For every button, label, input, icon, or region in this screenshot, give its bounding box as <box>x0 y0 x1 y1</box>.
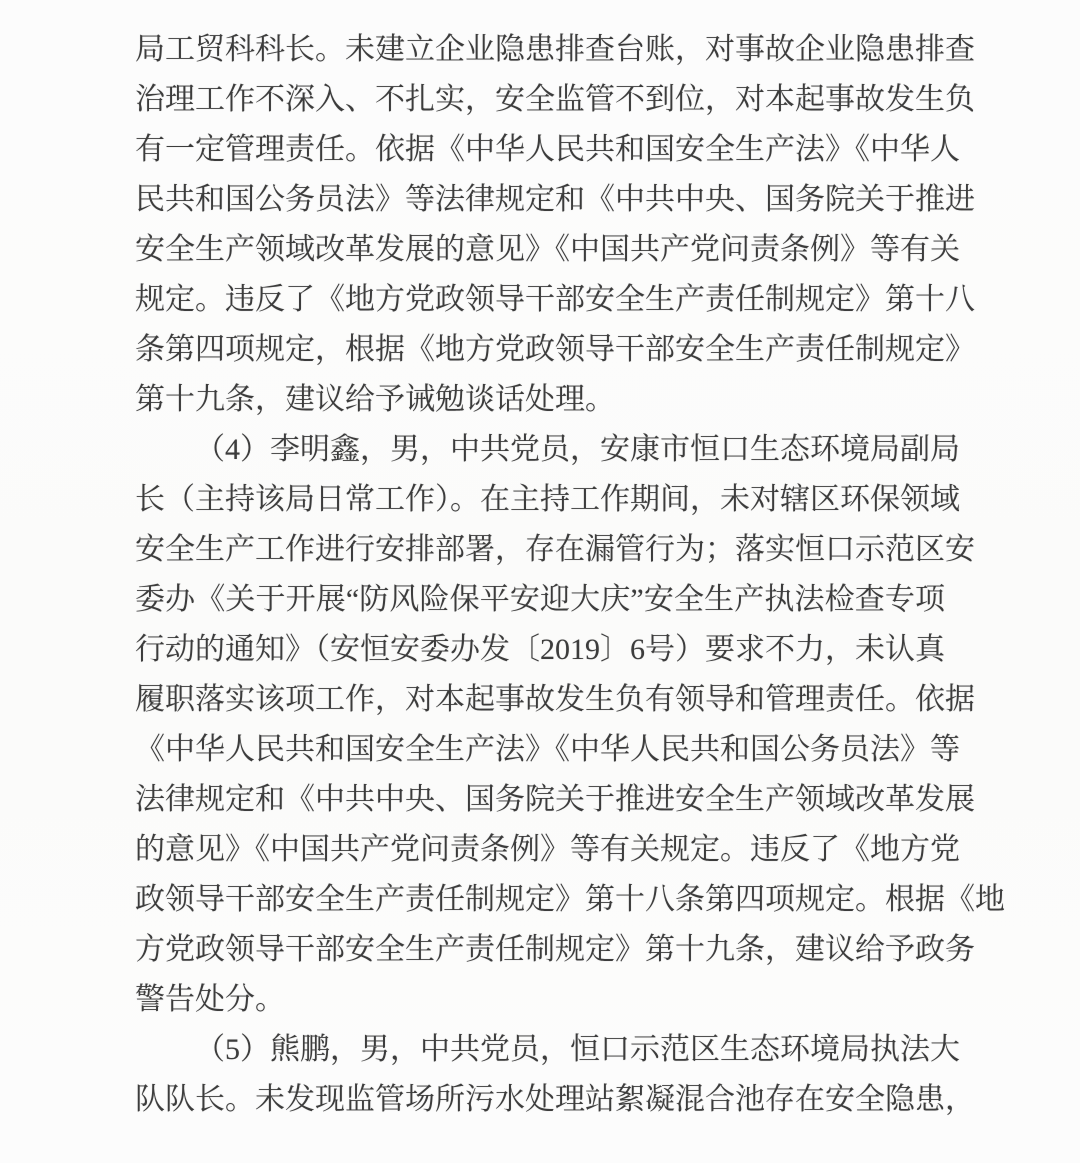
text-line: 安全生产工作进行安排部署，存在漏管行为；落实恒口示范区安 <box>135 525 945 575</box>
text-line: 履职落实该项工作，对本起事故发生负有领导和管理责任。依据 <box>135 675 945 725</box>
text-line: 规定。违反了《地方党政领导干部安全生产责任制规定》第十八 <box>135 275 945 325</box>
text-line: 行动的通知》（安恒安委办发〔2019〕6号）要求不力，未认真 <box>135 625 945 675</box>
text-line: 第十九条，建议给予诫勉谈话处理。 <box>135 375 945 425</box>
paragraph-item-5: （5）熊鹏，男，中共党员，恒口示范区生态环境局执法大 队队长。未发现监管场所污水… <box>135 1025 945 1125</box>
text-line: 安全生产领域改革发展的意见》《中国共产党问责条例》等有关 <box>135 225 945 275</box>
text-line: 治理工作不深入、不扎实，安全监管不到位，对本起事故发生负 <box>135 75 945 125</box>
text-line: 委办《关于开展“防风险保平安迎大庆”安全生产执法检查专项 <box>135 575 945 625</box>
text-line: 《中华人民共和国安全生产法》《中华人民共和国公务员法》等 <box>135 725 945 775</box>
text-line: 法律规定和《中共中央、国务院关于推进安全生产领域改革发展 <box>135 775 945 825</box>
text-line: 队队长。未发现监管场所污水处理站絮凝混合池存在安全隐患， <box>135 1075 945 1125</box>
text-line: 警告处分。 <box>135 975 945 1025</box>
document-page: 局工贸科科长。未建立企业隐患排查台账，对事故企业隐患排查 治理工作不深入、不扎实… <box>0 0 1080 1163</box>
paragraph-item-4: （4）李明鑫，男，中共党员，安康市恒口生态环境局副局 长（主持该局日常工作）。在… <box>135 425 945 1025</box>
text-line: 长（主持该局日常工作）。在主持工作期间，未对辖区环保领域 <box>135 475 945 525</box>
text-line: 方党政领导干部安全生产责任制规定》第十九条，建议给予政务 <box>135 925 945 975</box>
text-line: 条第四项规定，根据《地方党政领导干部安全生产责任制规定》 <box>135 325 945 375</box>
text-line: （4）李明鑫，男，中共党员，安康市恒口生态环境局副局 <box>135 425 945 475</box>
text-line: 民共和国公务员法》等法律规定和《中共中央、国务院关于推进 <box>135 175 945 225</box>
text-line: 政领导干部安全生产责任制规定》第十八条第四项规定。根据《地 <box>135 875 945 925</box>
text-line: 有一定管理责任。依据《中华人民共和国安全生产法》《中华人 <box>135 125 945 175</box>
document-text-block: 局工贸科科长。未建立企业隐患排查台账，对事故企业隐患排查 治理工作不深入、不扎实… <box>135 25 945 1125</box>
text-line: （5）熊鹏，男，中共党员，恒口示范区生态环境局执法大 <box>135 1025 945 1075</box>
paragraph-continuation: 局工贸科科长。未建立企业隐患排查台账，对事故企业隐患排查 治理工作不深入、不扎实… <box>135 25 945 425</box>
text-line: 的意见》《中国共产党问责条例》等有关规定。违反了《地方党 <box>135 825 945 875</box>
text-line: 局工贸科科长。未建立企业隐患排查台账，对事故企业隐患排查 <box>135 25 945 75</box>
